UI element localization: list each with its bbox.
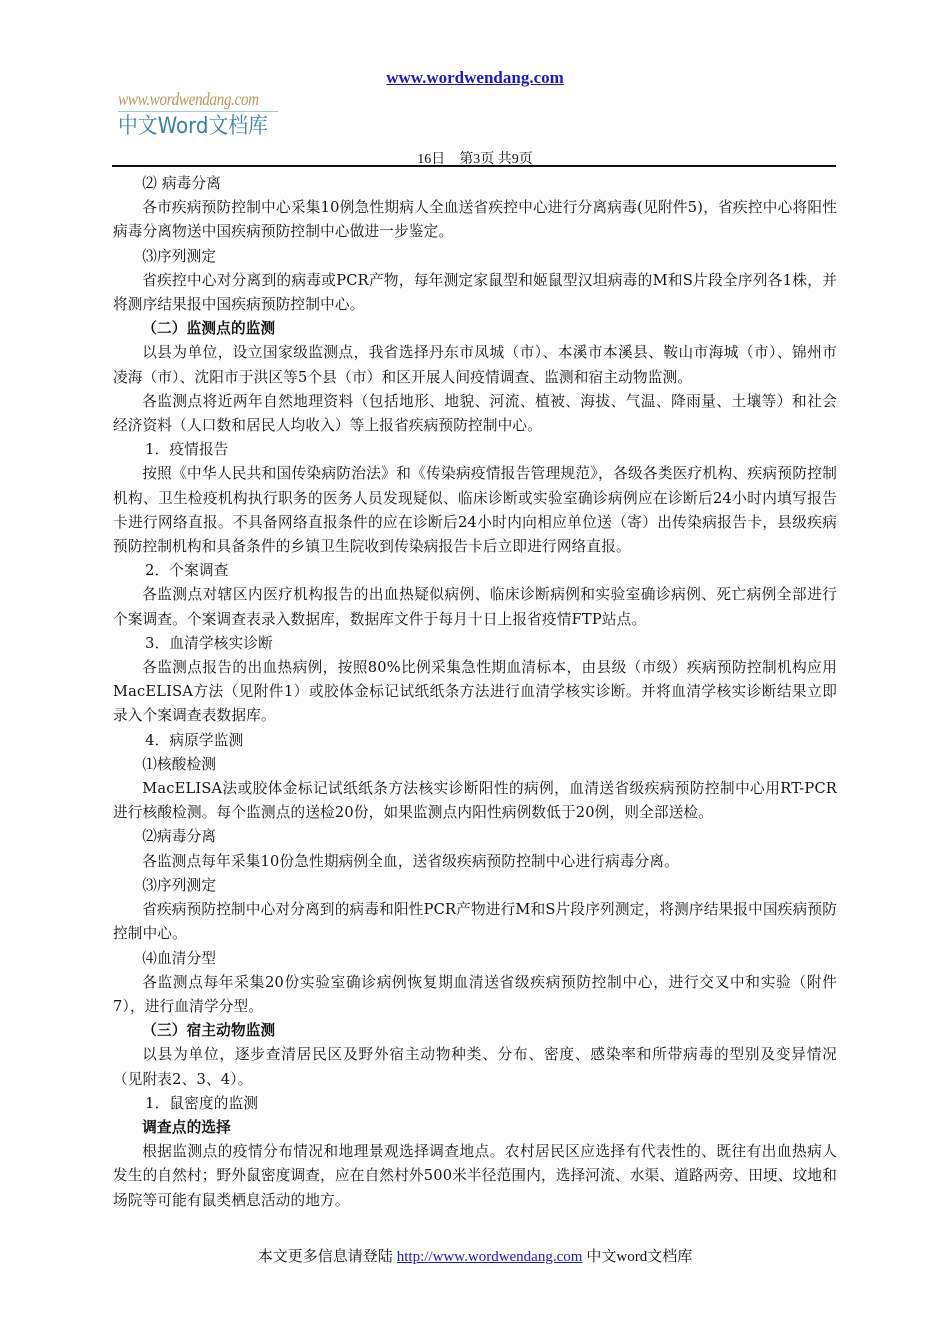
paragraph: 省疾病预防控制中心对分离到的病毒和阳性PCR产物进行M和S片段序列测定，将测序结… <box>113 898 837 946</box>
subsection-title: ⑵病毒分离 <box>113 825 837 849</box>
paragraph: 各监测点每年采集10份急性期病例全血，送省级疾病预防控制中心进行病毒分离。 <box>113 850 837 874</box>
subsection-title: 1．疫情报告 <box>113 438 837 462</box>
footer-prefix: 本文更多信息请登陆 <box>258 1249 393 1265</box>
subsection-title: ⑶序列测定 <box>113 245 837 269</box>
footer-link[interactable]: http://www.wordwendang.com <box>397 1249 583 1265</box>
subsection-title: 2．个案调查 <box>113 559 837 583</box>
paragraph: 省疾控中心对分离到的病毒或PCR产物，每年测定家鼠型和姬鼠型汉坦病毒的M和S片段… <box>113 269 837 317</box>
footer: 本文更多信息请登陆http://www.wordwendang.com中文wor… <box>0 1245 950 1266</box>
subsection-title: ⑵ 病毒分离 <box>113 172 837 196</box>
paragraph: 以县为单位，设立国家级监测点，我省选择丹东市凤城（市）、本溪市本溪县、鞍山市海城… <box>113 341 837 389</box>
section-heading: （三）宿主动物监测 <box>113 1019 837 1043</box>
paragraph: 根据监测点的疫情分布情况和地理景观选择调查地点。农村居民区应选择有代表性的、既往… <box>113 1140 837 1213</box>
paragraph: 各监测点报告的出血热病例，按照80%比例采集急性期血清标本，由县级（市级）疾病预… <box>113 656 837 729</box>
subsection-title: ⑷血清分型 <box>113 947 837 971</box>
header-divider <box>112 165 836 167</box>
logo-divider <box>118 111 278 112</box>
paragraph: 各监测点每年采集20份实验室确诊病例恢复期血清送省级疾病预防控制中心，进行交叉中… <box>113 971 837 1019</box>
paragraph: 按照《中华人民共和国传染病防治法》和《传染病疫情报告管理规范》，各级各类医疗机构… <box>113 462 837 559</box>
paragraph: 各监测点对辖区内医疗机构报告的出血热疑似病例、临床诊断病例和实验室确诊病例、死亡… <box>113 583 837 631</box>
section-heading: 调查点的选择 <box>113 1116 837 1140</box>
header-site-link[interactable]: www.wordwendang.com <box>386 68 564 87</box>
paragraph: 各市疾病预防控制中心采集10例急性期病人全血送省疾控中心进行分离病毒(见附件5)… <box>113 196 837 244</box>
paragraph: 各监测点将近两年自然地理资料（包括地形、地貌、河流、植被、海拔、气温、降雨量、土… <box>113 390 837 438</box>
paragraph: 以县为单位，逐步查清居民区及野外宿主动物种类、分布、密度、感染率和所带病毒的型别… <box>113 1043 837 1091</box>
subsection-title: 1．鼠密度的监测 <box>113 1092 837 1116</box>
site-logo: www.wordwendang.com 中文Word文档库 <box>118 88 288 150</box>
logo-url-text: www.wordwendang.com <box>118 88 263 110</box>
header-site-link-container: www.wordwendang.com <box>0 68 950 88</box>
subsection-title: 4．病原学监测 <box>113 729 837 753</box>
logo-title-text: 中文Word文档库 <box>118 114 271 140</box>
section-heading: （二）监测点的监测 <box>113 317 837 341</box>
paragraph: MacELISA法或胶体金标记试纸纸条方法核实诊断阳性的病例，血清送省级疾病预防… <box>113 777 837 825</box>
document-body: ⑵ 病毒分离各市疾病预防控制中心采集10例急性期病人全血送省疾控中心进行分离病毒… <box>113 172 837 1213</box>
footer-suffix: 中文word文档库 <box>586 1249 692 1265</box>
subsection-title: ⑶序列测定 <box>113 874 837 898</box>
subsection-title: 3．血清学核实诊断 <box>113 632 837 656</box>
subsection-title: ⑴核酸检测 <box>113 753 837 777</box>
